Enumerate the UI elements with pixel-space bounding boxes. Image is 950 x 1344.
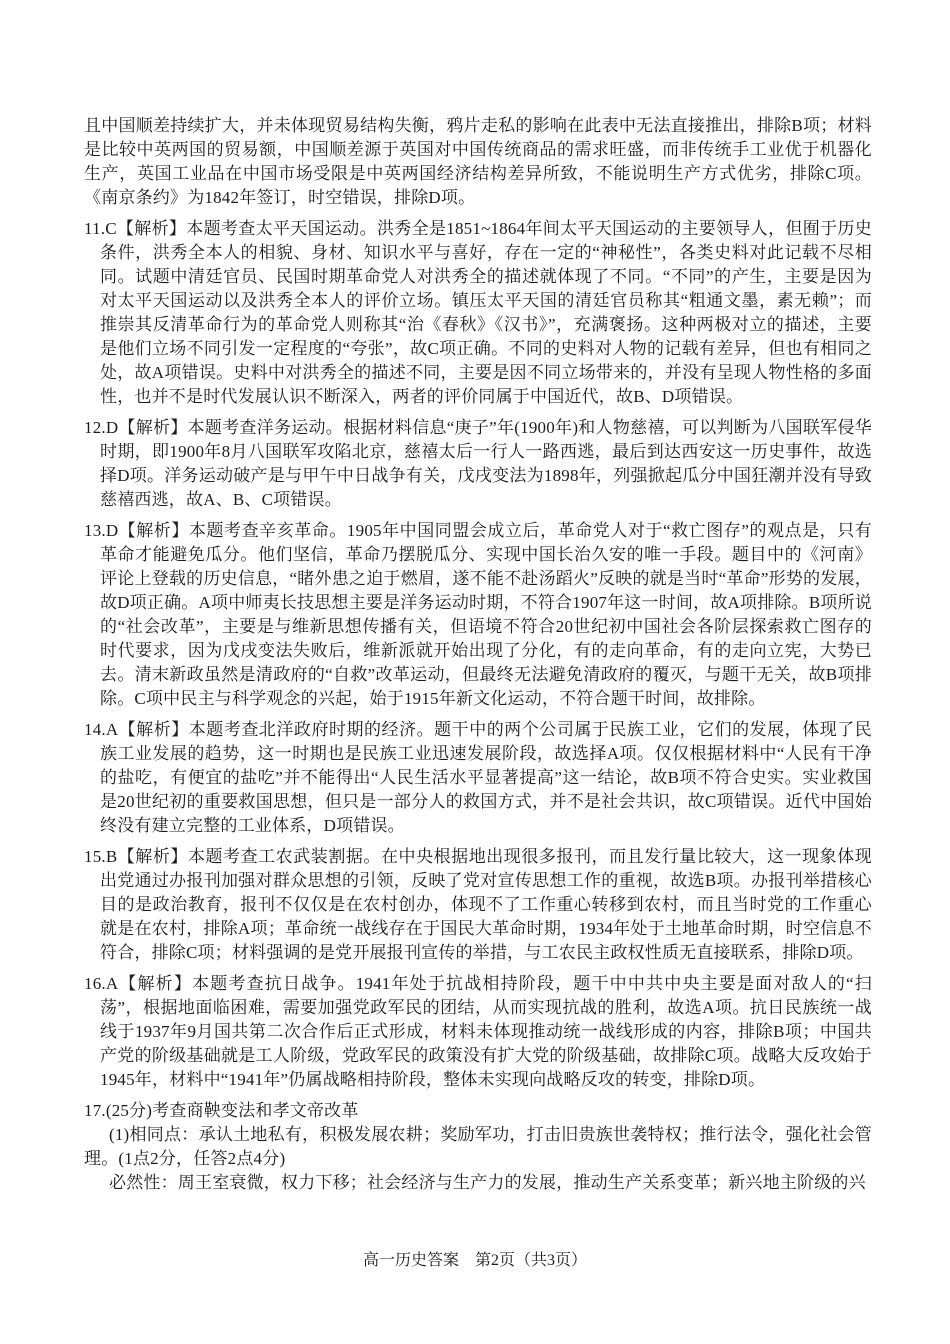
- item-15-analysis-text: 本题考查工农武装割据。在中央根据地出现很多报刊，而且发行量比较大，这一现象体现出…: [100, 847, 872, 962]
- answer-item-14: 14.A【解析】本题考查北洋政府时期的经济。题干中的两个公司属于民族工业，它们的…: [84, 718, 872, 838]
- answer-item-12: 12.D【解析】本题考查洋务运动。根据材料信息“庚子”年(1900年)和人物慈禧…: [84, 416, 872, 512]
- item-16-analysis-label: 【解析】: [118, 974, 192, 993]
- item-14-analysis-label: 【解析】: [118, 720, 188, 739]
- continuation-text: 且中国顺差持续扩大，并未体现贸易结构失衡，鸦片走私的影响在此表中无法直接推出，排…: [84, 116, 872, 207]
- item-12-number-answer: 12.D: [84, 418, 118, 437]
- item-15-number-answer: 15.B: [84, 847, 117, 866]
- item-12-analysis-text: 本题考查洋务运动。根据材料信息“庚子”年(1900年)和人物慈禧，可以判断为八国…: [100, 418, 872, 509]
- item-12-analysis-label: 【解析】: [118, 418, 187, 437]
- item-14-analysis-text: 本题考查北洋政府时期的经济。题干中的两个公司属于民族工业，它们的发展，体现了民族…: [100, 720, 872, 835]
- item-11-number-answer: 11.C: [84, 219, 117, 238]
- item-16-analysis-text: 本题考查抗日战争。1941年处于抗战相持阶段，题干中中共中央主要是面对敌人的“扫…: [100, 974, 872, 1089]
- answer-item-13: 13.D【解析】本题考查辛亥革命。1905年中国同盟会成立后，革命党人对于“救亡…: [84, 519, 872, 711]
- item-13-analysis-text: 本题考查辛亥革命。1905年中国同盟会成立后，革命党人对于“救亡图存”的观点是，…: [100, 521, 872, 708]
- answer-sheet-page: 且中国顺差持续扩大，并未体现贸易结构失衡，鸦片走私的影响在此表中无法直接推出，排…: [0, 0, 950, 1344]
- answer-item-16: 16.A【解析】本题考查抗日战争。1941年处于抗战相持阶段，题干中中共中央主要…: [84, 972, 872, 1092]
- answer-item-11: 11.C【解析】本题考查太平天国运动。洪秀全是1851~1864年间太平天国运动…: [84, 217, 872, 409]
- continuation-paragraph: 且中国顺差持续扩大，并未体现贸易结构失衡，鸦片走私的影响在此表中无法直接推出，排…: [84, 114, 872, 210]
- item-13-analysis-label: 【解析】: [118, 521, 189, 540]
- item-11-analysis-label: 【解析】: [117, 219, 186, 238]
- page-footer: 高一历史答案 第2页（共3页）: [0, 1250, 950, 1272]
- answer-item-15: 15.B【解析】本题考查工农武装割据。在中央根据地出现很多报刊，而且发行量比较大…: [84, 845, 872, 965]
- question-17-heading: 17.(25分)考查商鞅变法和孝文帝改革: [84, 1099, 872, 1123]
- item-15-analysis-label: 【解析】: [117, 847, 188, 866]
- item-16-number-answer: 16.A: [84, 974, 118, 993]
- question-17-answer-point-2: 必然性：周王室衰微，权力下移；社会经济与生产力的发展，推动生产关系变革；新兴地主…: [84, 1171, 872, 1195]
- question-17-answer-point-1: (1)相同点：承认土地私有，积极发展农耕；奖励军功，打击旧贵族世袭特权；推行法令…: [84, 1123, 872, 1171]
- item-14-number-answer: 14.A: [84, 720, 118, 739]
- item-11-analysis-text: 本题考查太平天国运动。洪秀全是1851~1864年间太平天国运动的主要领导人，但…: [100, 219, 872, 406]
- item-13-number-answer: 13.D: [84, 521, 118, 540]
- page-content: 且中国顺差持续扩大，并未体现贸易结构失衡，鸦片走私的影响在此表中无法直接推出，排…: [84, 114, 872, 1195]
